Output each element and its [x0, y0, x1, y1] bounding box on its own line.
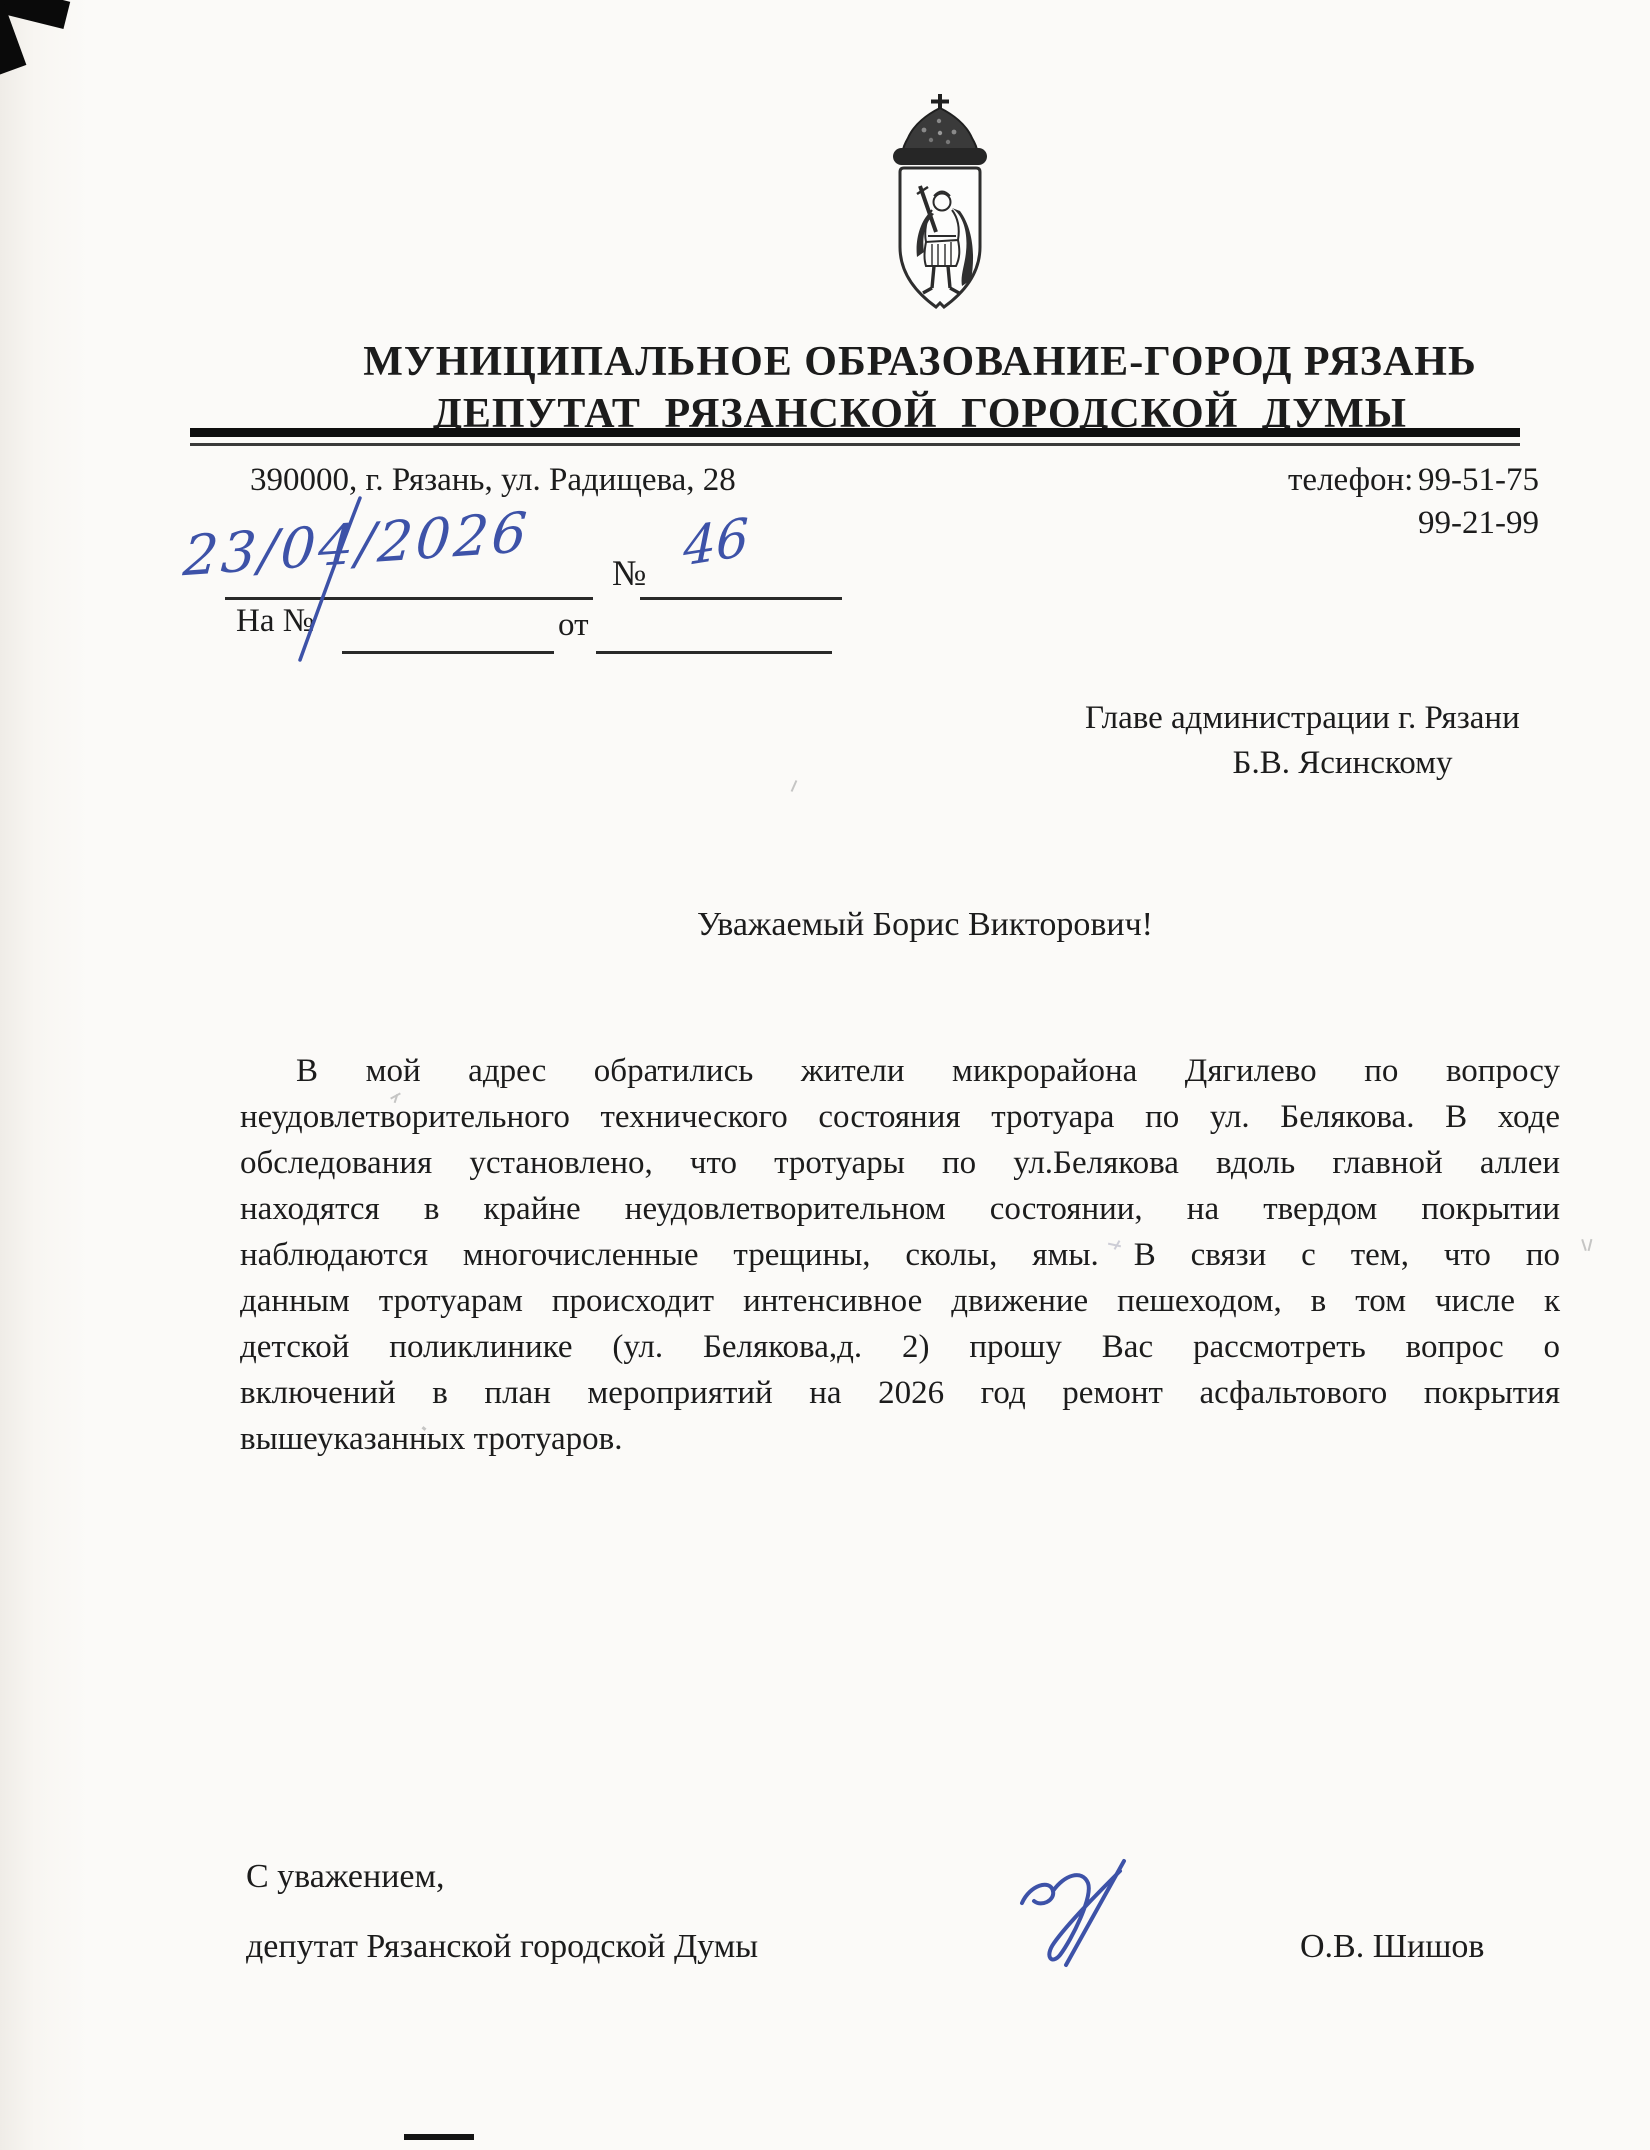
reply-from-label: от [558, 607, 589, 644]
org-title: МУНИЦИПАЛЬНОЕ ОБРАЗОВАНИЕ-ГОРОД РЯЗАНЬ Д… [190, 336, 1650, 440]
recipient-line1: Главе администрации г. Рязани [1085, 696, 1600, 741]
reply-date-underline [596, 651, 832, 654]
handwritten-number: 46 [683, 507, 749, 578]
body-line: В мой адрес обратились жители микрорайон… [240, 1048, 1560, 1094]
body-paragraph: В мой адрес обратились жители микрорайон… [240, 1048, 1560, 1462]
scan-speck [388, 1090, 404, 1104]
scan-speck [790, 778, 800, 794]
scan-speck [1106, 1238, 1126, 1252]
body-line: вышеуказанных тротуаров. [240, 1416, 1560, 1462]
recipient-block: Главе администрации г. Рязани Б.В. Ясинс… [1085, 696, 1600, 786]
body-line: обследования установлено, что тротуары п… [240, 1140, 1560, 1186]
number-underline [640, 597, 842, 600]
body-line: включений в план мероприятий на 2026 год… [240, 1370, 1560, 1416]
handwritten-stroke [290, 492, 370, 667]
phone-number-2: 99-21-99 [1418, 505, 1539, 542]
scan-speck [420, 1425, 428, 1433]
org-title-line1: МУНИЦИПАЛЬНОЕ ОБРАЗОВАНИЕ-ГОРОД РЯЗАНЬ [190, 336, 1650, 388]
number-sign: № [612, 552, 646, 594]
header-rule-thin [190, 443, 1520, 446]
body-line: данным тротуарам происходит интенсивное … [240, 1278, 1560, 1324]
closing-regards: С уважением, [246, 1858, 445, 1896]
recipient-line2: Б.В. Ясинскому [1085, 741, 1600, 786]
body-line: неудовлетворительного технического состо… [240, 1094, 1560, 1140]
letter-page: МУНИЦИПАЛЬНОЕ ОБРАЗОВАНИЕ-ГОРОД РЯЗАНЬ Д… [0, 0, 1650, 2150]
reply-number-underline [342, 651, 554, 654]
closing-position: депутат Рязанской городской Думы [246, 1928, 758, 1966]
scan-speck [1580, 1236, 1598, 1254]
signer-name: О.В. Шишов [1300, 1928, 1484, 1966]
body-line: детской поликлинике (ул. Белякова,д. 2) … [240, 1324, 1560, 1370]
ryazan-coat-of-arms-icon [868, 90, 1012, 322]
handwritten-signature [1008, 1845, 1148, 1975]
body-line: находятся в крайне неудовлетворительном … [240, 1186, 1560, 1232]
phone-number-1: 99-51-75 [1418, 462, 1539, 499]
scan-artifact [404, 2134, 474, 2140]
header-rule-thick [190, 428, 1520, 437]
phone-label: телефон: [1288, 462, 1413, 499]
body-line: наблюдаются многочисленные трещины, скол… [240, 1232, 1560, 1278]
salutation: Уважаемый Борис Викторович! [200, 906, 1650, 944]
date-underline [225, 597, 593, 600]
